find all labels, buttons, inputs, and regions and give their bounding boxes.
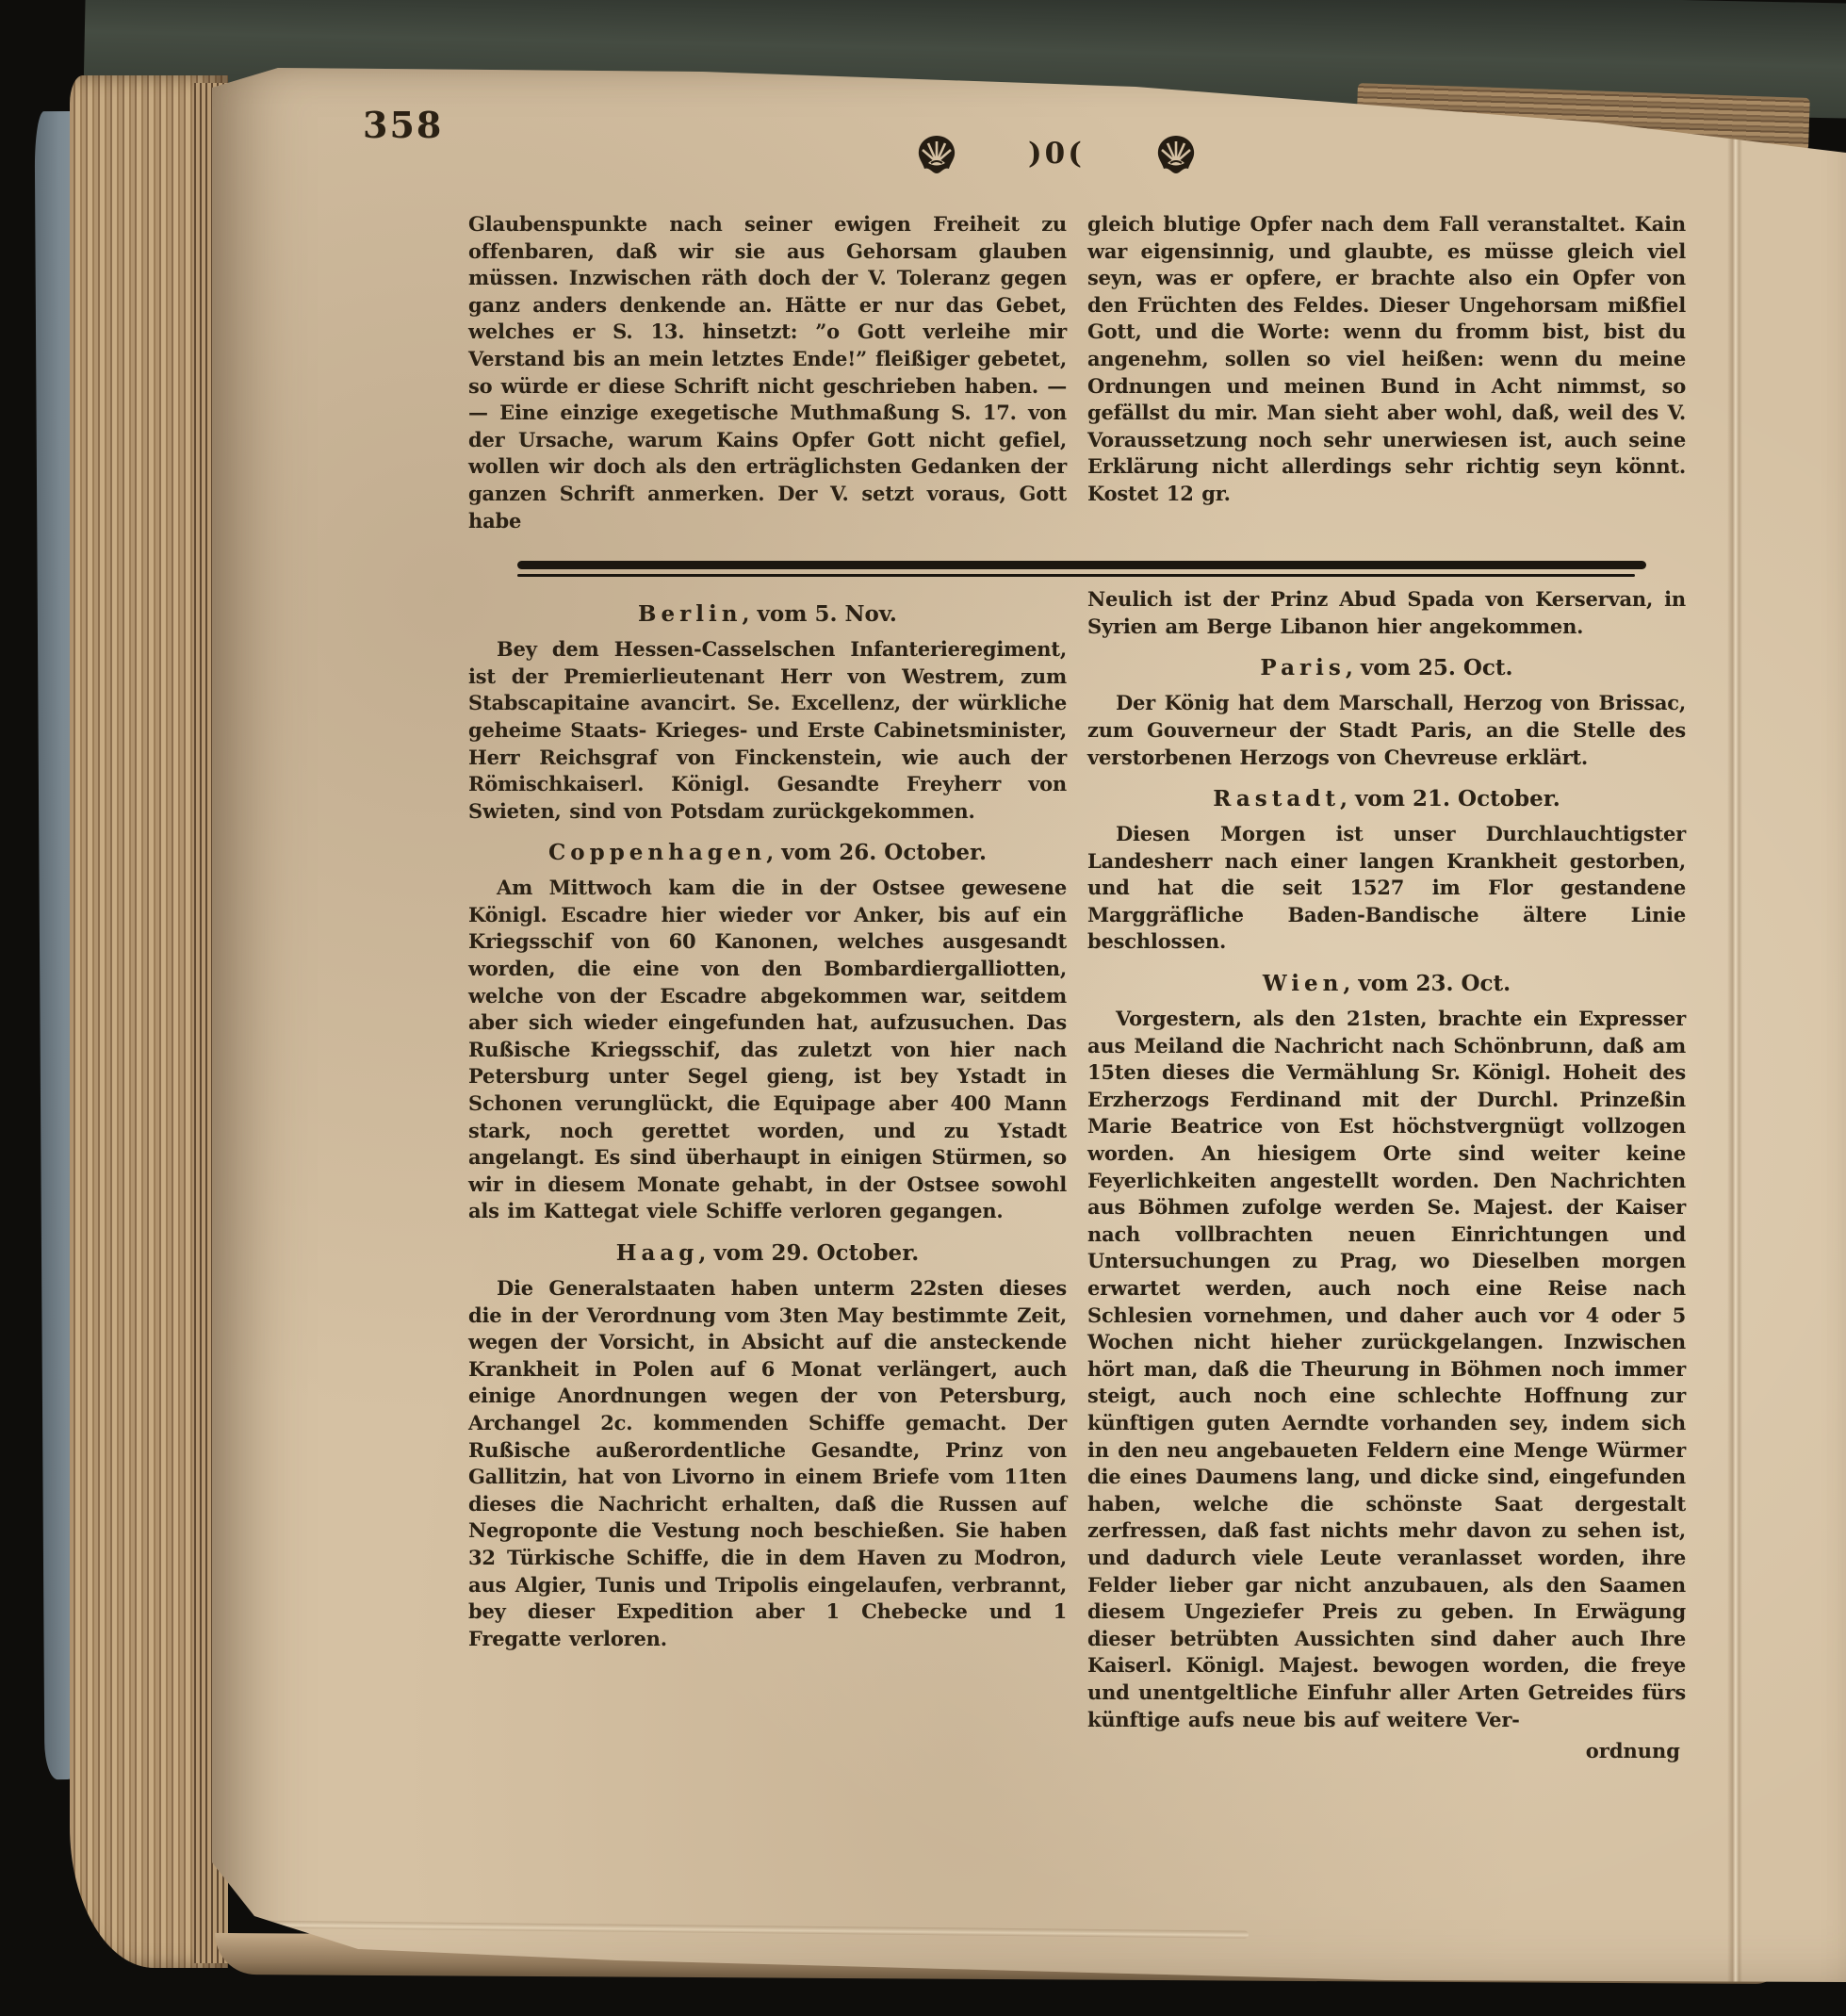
review-left-paragraph: Glaubenspunkte nach seiner ewigen Freihe…: [468, 211, 1067, 534]
section-divider-rule: [517, 561, 1646, 577]
news-section: Berlin, vom 5. Nov. Bey dem Hessen-Casse…: [468, 586, 1686, 1762]
dateline-berlin: Berlin, vom 5. Nov.: [468, 601, 1067, 627]
text-block: Glaubenspunkte nach seiner ewigen Freihe…: [468, 211, 1686, 1762]
news-paragraph: Vorgestern, als den 21sten, brachte ein …: [1087, 1006, 1686, 1733]
review-right-paragraph: gleich blutige Opfer nach dem Fall veran…: [1087, 211, 1686, 508]
news-paragraph: Am Mittwoch kam die in der Ostsee gewese…: [468, 875, 1067, 1225]
dateline-paris: Paris, vom 25. Oct.: [1087, 655, 1686, 680]
news-left-column: Berlin, vom 5. Nov. Bey dem Hessen-Casse…: [468, 586, 1067, 1762]
page-number: 358: [363, 104, 443, 146]
paper-crease-vertical: [1727, 121, 1742, 1982]
news-right-column: Neulich ist der Prinz Abud Spada von Ker…: [1087, 586, 1686, 1762]
dateline-haag: Haag, vom 29. October.: [468, 1240, 1067, 1266]
dateline-wien: Wien, vom 23. Oct.: [1087, 971, 1686, 996]
divider-thick-rule: [517, 561, 1646, 569]
scanned-book-photo: { "page": { "number": "358", "header_mar…: [0, 0, 1846, 2016]
news-paragraph: Der König hat dem Marschall, Herzog von …: [1087, 690, 1686, 771]
dateline-coppenhagen: Coppenhagen, vom 26. October.: [468, 840, 1067, 865]
news-paragraph: Bey dem Hessen-Casselschen Infanteriereg…: [468, 636, 1067, 825]
book-page: 358 )0(: [212, 55, 1846, 1982]
header-ornaments: )0(: [915, 134, 1198, 179]
news-paragraph: Diesen Morgen ist unser Durchlauchtigste…: [1087, 821, 1686, 956]
shell-ornament-icon: [915, 134, 958, 179]
news-paragraph: Neulich ist der Prinz Abud Spada von Ker…: [1087, 586, 1686, 640]
divider-thin-rule: [517, 574, 1635, 577]
paper-crease-bottom: [231, 1920, 1249, 1938]
news-paragraph: Die Generalstaaten haben unterm 22sten d…: [468, 1275, 1067, 1652]
signature-mark: )0(: [1028, 137, 1085, 171]
catchword: ordnung: [1087, 1739, 1686, 1762]
dateline-rastadt: Rastadt, vom 21. October.: [1087, 786, 1686, 811]
shell-ornament-icon: [1154, 134, 1198, 179]
review-section: Glaubenspunkte nach seiner ewigen Freihe…: [468, 211, 1686, 540]
